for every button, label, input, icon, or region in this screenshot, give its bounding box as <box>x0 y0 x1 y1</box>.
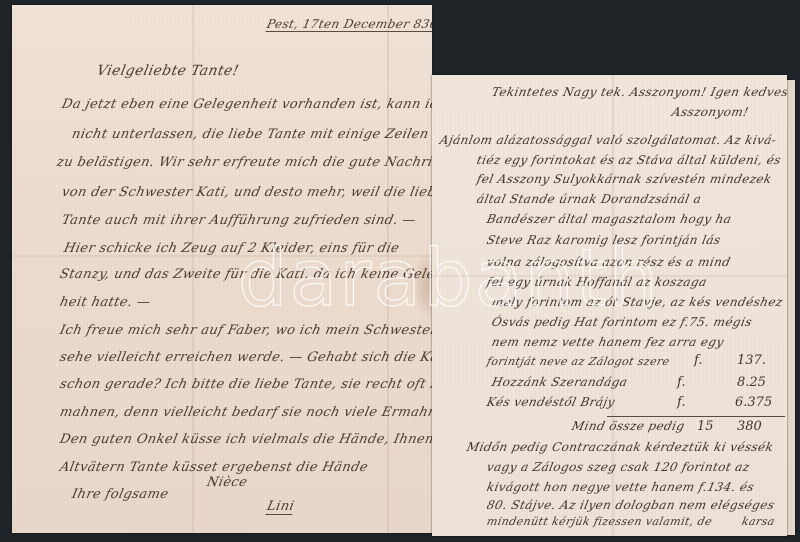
signature-fragment: karsa <box>741 515 776 528</box>
ledger-amount: 8.25 <box>737 375 766 390</box>
age-stain <box>412 250 432 320</box>
letter-line: mahnen, denn vielleicht bedarf sie noch … <box>58 405 432 420</box>
letter-line: 80. Stájve. Az ilyen dologban nem elégsé… <box>486 498 776 512</box>
letter-line: Den guten Onkel küsse ich vielmals die H… <box>58 432 432 447</box>
letter-line: mely forintom az ót Stavje, az kés vendé… <box>491 295 785 309</box>
letter-line: nem nemz vette hanem fez arra egy <box>491 335 726 349</box>
letter-line: fel Asszony Sulyokkárnak szívestén minde… <box>476 172 774 186</box>
dateline: Pest, 17ten December 836 <box>265 17 432 32</box>
letter-line: Ósvás pedig Hat forintom ez f.75. mégis <box>491 315 754 329</box>
letter-line: vagy a Zálogos szeg csak 120 forintot az <box>486 460 752 474</box>
total-amount: 380 <box>737 419 762 434</box>
letter-line: Steve Raz karomig lesz forintján lás <box>486 233 723 247</box>
letter-line: sehe vielleicht erreichen werde. — Gehab… <box>58 350 432 365</box>
letter-line: Altvätern Tante küsset ergebenst die Hän… <box>58 460 369 475</box>
letter-line: Stanzy, und das Zweite für die Kati, da … <box>58 267 432 282</box>
letter-heading: Asszonyom! <box>671 105 750 119</box>
letter-line: Da jetzt eben eine Gelegenheit vorhanden… <box>60 97 432 112</box>
letter-line: Hier schicke ich Zeug auf 2 Kleider, ein… <box>62 241 400 256</box>
letter-line: kivágott hon negye vette hanem f.134. és <box>486 480 756 494</box>
letter-line: Tante auch mit ihrer Aufführung zufriede… <box>60 213 417 228</box>
letter-line: Ich freue mich sehr auf Faber, wo ich me… <box>58 323 432 338</box>
letter-line: Midőn pedig Contraczának kérdeztük ki vé… <box>466 440 775 454</box>
total-label: Mind össze pedig <box>571 419 686 433</box>
ledger-unit: f. <box>677 395 685 410</box>
total-unit: 15 <box>697 419 714 434</box>
letter-line: volna zálogosítva azon rész és a mind <box>486 255 732 269</box>
salutation: Vielgeliebte Tante! <box>95 63 240 79</box>
ledger-label: Kés vendéstől Brájy <box>486 395 617 409</box>
letter-line: von der Schwester Kati, und desto mehr, … <box>60 185 432 200</box>
letter-line: schon gerade? Ich bitte die liebe Tante,… <box>58 377 432 392</box>
ledger-unit: f. <box>694 353 702 368</box>
sum-rule <box>607 416 785 417</box>
closing-text: Ihre folgsame <box>70 487 170 502</box>
letter-line: Ajánlom alázatossággal való szolgálatoma… <box>439 133 778 147</box>
german-letter-sheet: Pest, 17ten December 836 Vielgeliebte Ta… <box>12 5 432 533</box>
ledger-unit: f. <box>677 375 685 390</box>
letter-line: által Stande úrnak Dorandzsánál a <box>476 192 703 206</box>
letter-line: nicht unterlassen, die liebe Tante mit e… <box>70 127 430 142</box>
ledger-amount: 137. <box>737 353 766 368</box>
letter-line: fel egy úrnak Hoffanál az koszaga <box>486 275 709 289</box>
ledger-amount: 6.375 <box>735 395 772 410</box>
signature: Lini <box>265 499 295 515</box>
letter-line: mindenütt kérjük fizessen valamit, de <box>486 515 714 528</box>
letter-line: heit hatte. — <box>58 295 152 310</box>
letter-line: forintját neve az Zálogot szere <box>486 355 671 368</box>
ledger-label: Hozzánk Szerandága <box>491 375 629 389</box>
closing-text: Nièce <box>205 475 248 490</box>
letter-heading: Tekintetes Nagy tek. Asszonyom! Igen ked… <box>491 85 787 99</box>
letter-line: Bandészer által magasztalom hogy ha <box>486 212 733 226</box>
letter-line: zu belästigen. Wir sehr erfreute mich di… <box>55 155 432 170</box>
letter-line: tiéz egy forintokat és az Stáva által kü… <box>476 153 783 167</box>
hungarian-letter-sheet: Tekintetes Nagy tek. Asszonyom! Igen ked… <box>432 75 787 536</box>
